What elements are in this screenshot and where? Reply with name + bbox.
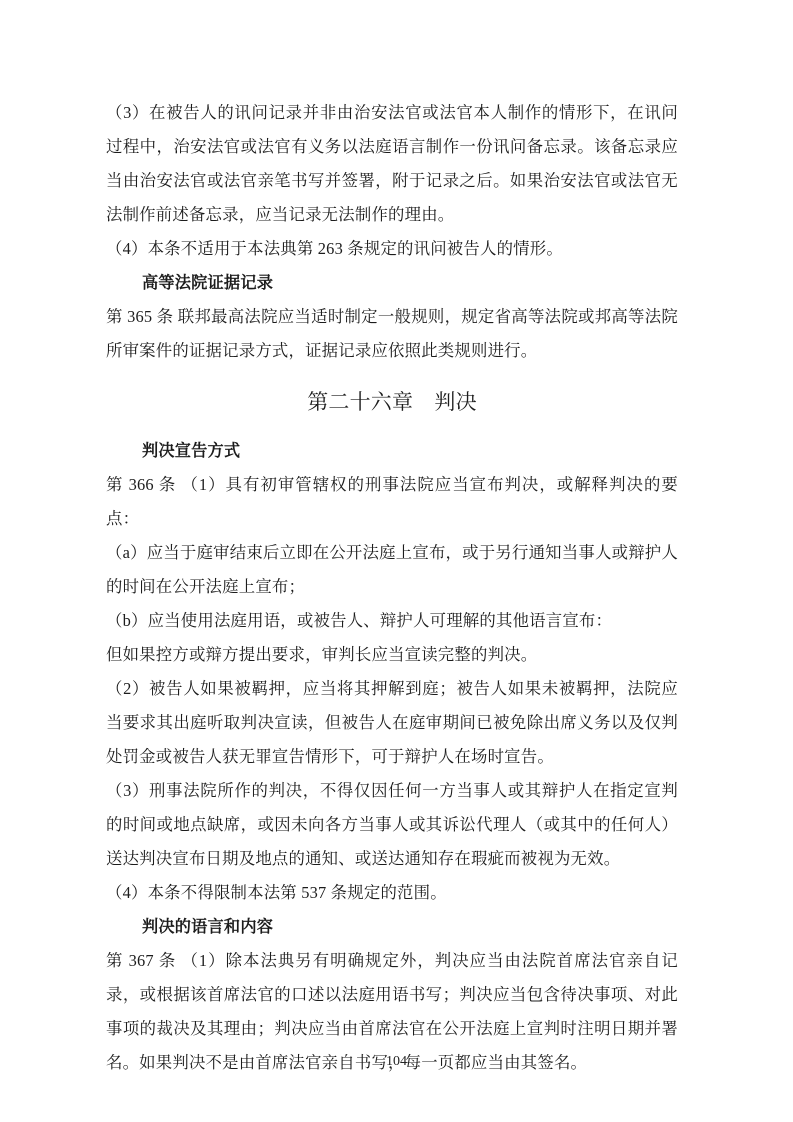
- clause-paragraph: （3）在被告人的讯问记录并非由治安法官或法官本人制作的情形下，在讯问过程中，治安…: [106, 96, 678, 232]
- section-heading: 高等法院证据记录: [106, 266, 678, 300]
- clause-paragraph: （b）应当使用法庭用语，或被告人、辩护人可理解的其他语言宣布：: [106, 604, 678, 638]
- clause-paragraph: （4）本条不得限制本法第 537 条规定的范围。: [106, 876, 678, 910]
- section-heading: 判决的语言和内容: [106, 910, 678, 944]
- clause-paragraph: 第 365 条 联邦最高法院应当适时制定一般规则，规定省高等法院或邦高等法院所审…: [106, 300, 678, 368]
- clause-paragraph: （a）应当于庭审结束后立即在公开法庭上宣布，或于另行通知当事人或辩护人的时间在公…: [106, 536, 678, 604]
- clause-paragraph: 但如果控方或辩方提出要求，审判长应当宣读完整的判决。: [106, 638, 678, 672]
- clause-paragraph: 第 366 条 （1）具有初审管辖权的刑事法院应当宣布判决，或解释判决的要点：: [106, 468, 678, 536]
- chapter-title: 第二十六章 判决: [106, 380, 678, 424]
- page-number: 104: [0, 1054, 793, 1070]
- section-heading: 判决宣告方式: [106, 434, 678, 468]
- clause-paragraph: （4）本条不适用于本法典第 263 条规定的讯问被告人的情形。: [106, 232, 678, 266]
- clause-paragraph: （3）刑事法院所作的判决，不得仅因任何一方当事人或其辩护人在指定宣判的时间或地点…: [106, 774, 678, 876]
- document-page: （3）在被告人的讯问记录并非由治安法官或法官本人制作的情形下，在讯问过程中，治安…: [0, 0, 793, 1122]
- clause-paragraph: （2）被告人如果被羁押，应当将其押解到庭；被告人如果未被羁押，法院应当要求其出庭…: [106, 672, 678, 774]
